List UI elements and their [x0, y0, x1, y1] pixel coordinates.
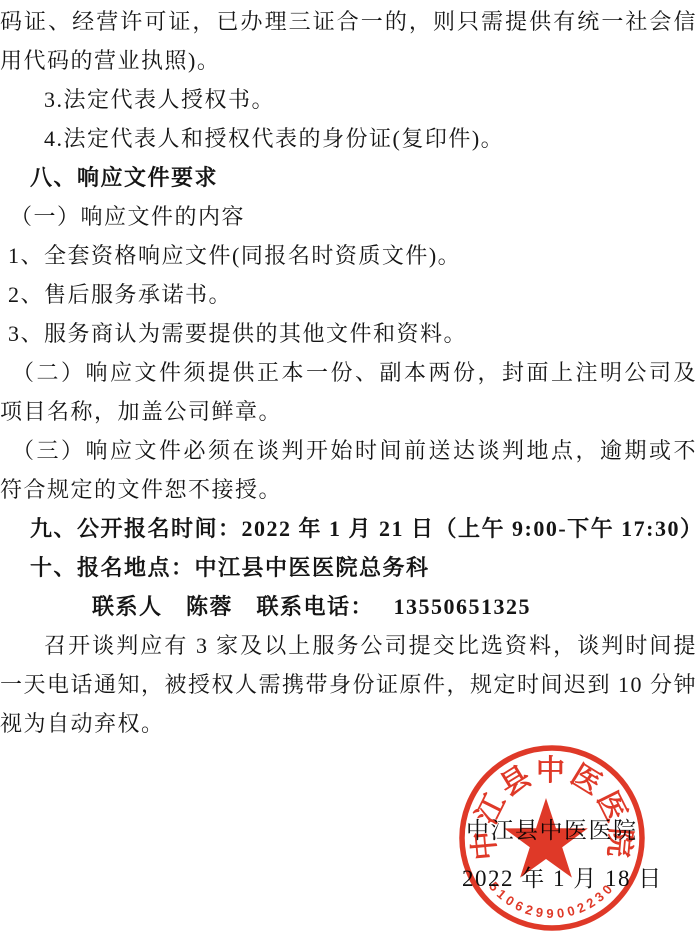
- doc-line: 1、全套资格响应文件(同报名时资质文件)。: [8, 236, 700, 275]
- doc-heading: 十、报名地点：中江县中医医院总务科: [30, 548, 700, 587]
- doc-line: 4.法定代表人和授权代表的身份证(复印件)。: [44, 119, 700, 158]
- doc-line: 用代码的营业执照)。: [0, 41, 700, 80]
- doc-line: （三）响应文件必须在谈判开始时间前送达谈判地点，逾期或不: [12, 431, 697, 470]
- seal-star-icon: [504, 798, 588, 878]
- doc-line: 项目名称，加盖公司鲜章。: [0, 392, 700, 431]
- doc-heading: 八、响应文件要求: [30, 158, 700, 197]
- doc-line: 3.法定代表人授权书。: [44, 80, 700, 119]
- doc-contact-line: 联系人 陈蓉 联系电话： 13550651325: [92, 587, 700, 626]
- doc-line: 一天电话通知，被授权人需携带身份证原件，规定时间迟到 10 分钟: [0, 665, 697, 704]
- doc-line: 码证、经营许可证，已办理三证合一的，则只需提供有统一社会信: [0, 2, 697, 41]
- doc-line: 召开谈判应有 3 家及以上服务公司提交比选资料，谈判时间提前: [44, 626, 697, 665]
- document-body: 码证、经营许可证，已办理三证合一的，则只需提供有统一社会信 用代码的营业执照)。…: [0, 0, 700, 743]
- doc-line: 3、服务商认为需要提供的其他文件和资料。: [8, 314, 700, 353]
- doc-line: （二）响应文件须提供正本一份、副本两份，封面上注明公司及: [12, 353, 697, 392]
- doc-heading: 九、公开报名时间：2022 年 1 月 21 日（上午 9:00-下午 17:3…: [30, 509, 697, 548]
- doc-line: 符合规定的文件恕不接授。: [0, 470, 700, 509]
- official-seal: 中江县中医医院 5106299002230: [452, 736, 652, 931]
- doc-line: 2、售后服务承诺书。: [8, 275, 700, 314]
- doc-line: （一）响应文件的内容: [10, 197, 700, 236]
